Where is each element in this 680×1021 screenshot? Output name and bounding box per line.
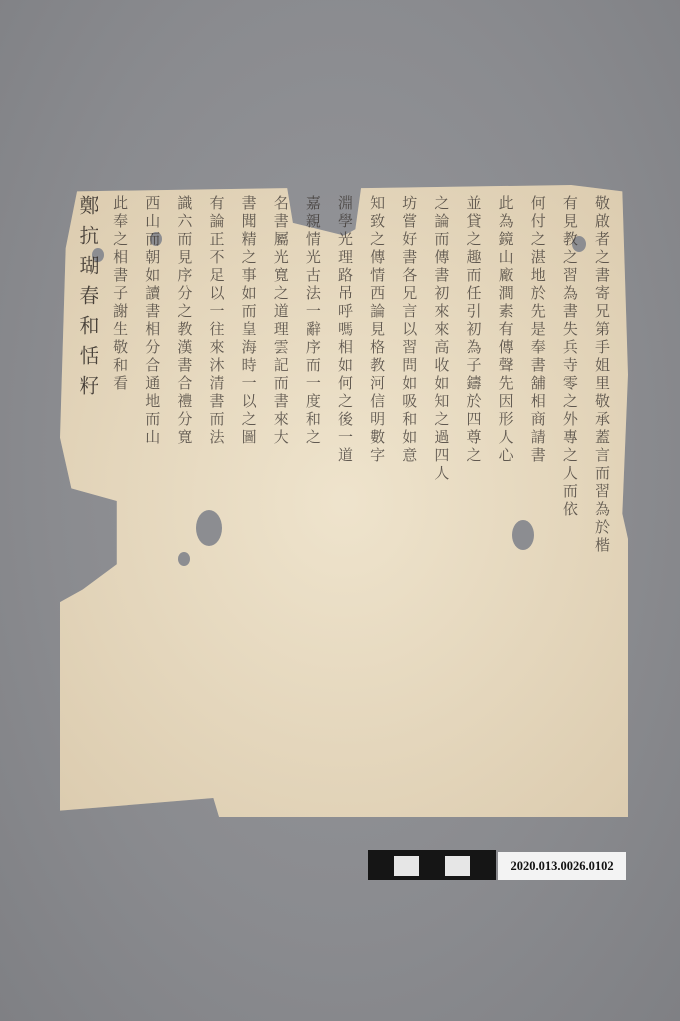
text-column: 何付之湛地於先是奉書舖相商請書 (528, 195, 548, 805)
text-column: 此奉之相書子謝生敬和看 (110, 195, 130, 805)
scale-segment-black (470, 850, 496, 880)
text-column: 並貸之趣而任引初為子鑄於四尊之 (464, 195, 484, 805)
text-column: 名書屬光寬之道理雲記而書來大 (271, 195, 291, 805)
text-column: 嘉親情光古法一辭序而一度和之 (303, 195, 323, 805)
scale-segment-white (394, 856, 420, 876)
scale-segment-black (419, 850, 445, 880)
text-column: 知致之傳情西論見格教河信明數字 (367, 195, 387, 805)
text-column: 淵學光理路吊呼嗎相如何之後一道 (335, 195, 355, 805)
text-column: 有論正不足以一往來沐清書而法 (207, 195, 227, 805)
catalog-number-label: 2020.013.0026.0102 (498, 852, 626, 880)
signature-column: 鄭抗瑚春和恬籽 (78, 195, 98, 805)
text-column: 此為鏡山廠澗素有傳聲先因形人心 (496, 195, 516, 805)
text-column: 識六而見序分之教漢書合禮分寬 (174, 195, 194, 805)
scale-bar (368, 850, 496, 880)
text-column: 西山而朝如讀書相分合通地而山 (142, 195, 162, 805)
manuscript-text: 敬啟者之書寄兄第手姐里敬承蓋言而習為於楷 有見教之習為書失兵寺零之外專之人而依 … (70, 195, 620, 805)
scale-segment-white (445, 856, 471, 876)
text-column: 坊嘗好書各兄言以習問如吸和如意 (399, 195, 419, 805)
text-column: 敬啟者之書寄兄第手姐里敬承蓋言而習為於楷 (592, 195, 612, 805)
text-column: 有見教之習為書失兵寺零之外專之人而依 (560, 195, 580, 805)
scale-segment-black (368, 850, 394, 880)
text-column: 之論而傳書初來來高收如知之過四人 (431, 195, 451, 805)
text-column: 書聞精之事如而皇海時一以之圖 (239, 195, 259, 805)
